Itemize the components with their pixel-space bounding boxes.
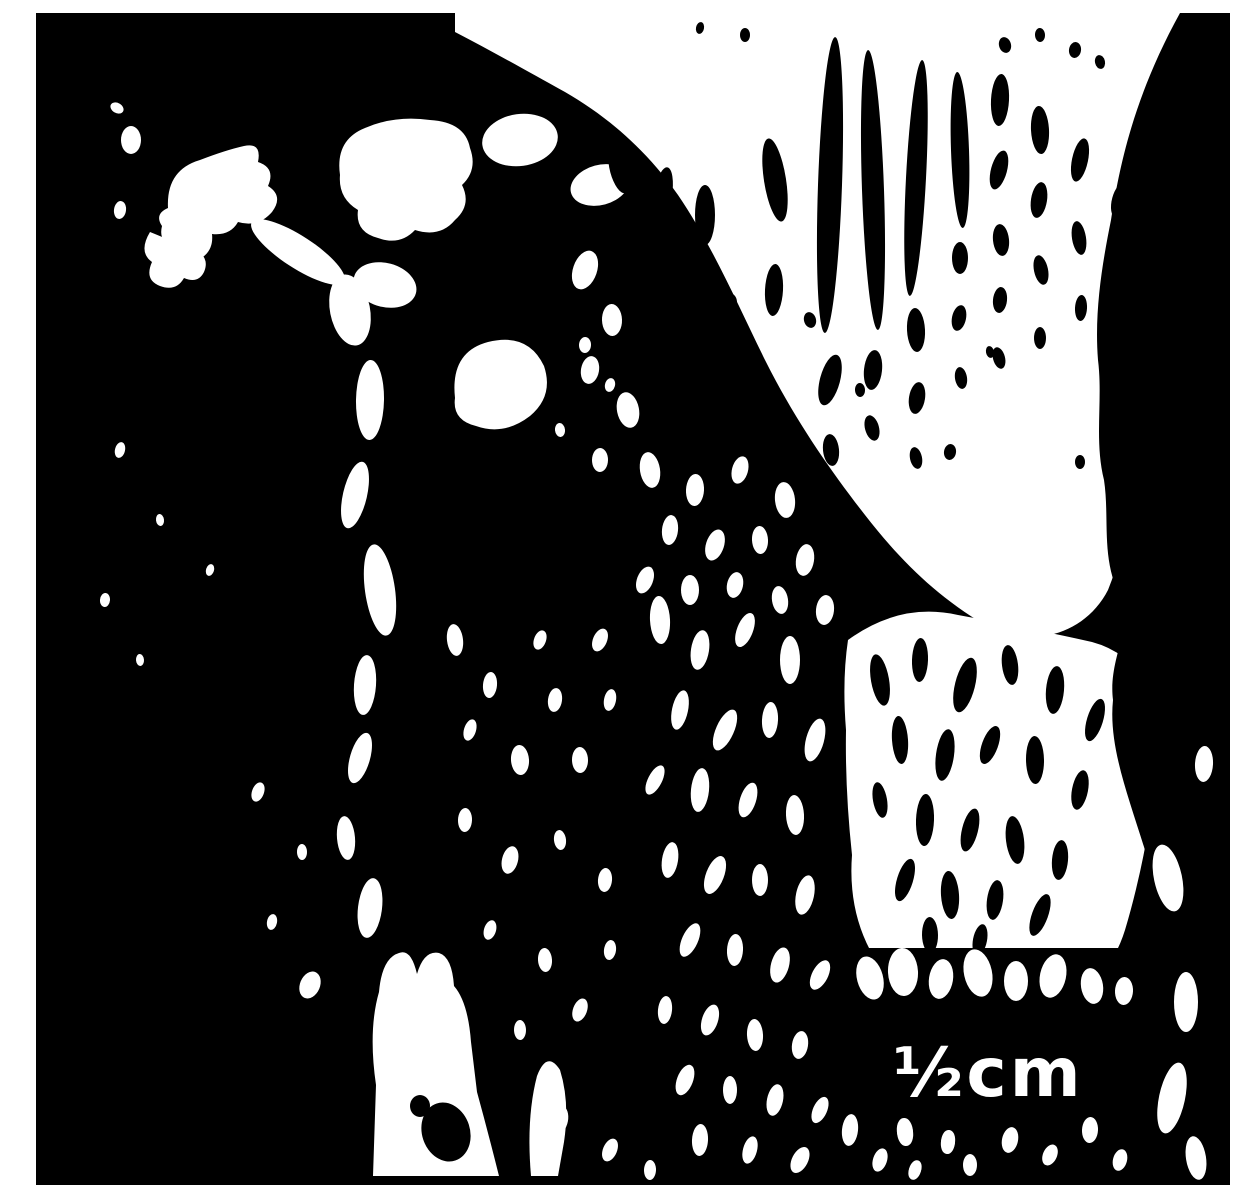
texture-blob (681, 575, 699, 605)
texture-blob (723, 1076, 737, 1104)
big-upper-blob (339, 119, 472, 241)
texture-blob (752, 864, 768, 896)
texture-blob (952, 242, 968, 274)
texture-blob (963, 1154, 977, 1176)
texture-blob (1004, 961, 1028, 1001)
halftone-photo-figure: ½cm (0, 0, 1240, 1204)
tower-hole (410, 1095, 430, 1117)
topleft-speck (121, 126, 141, 154)
texture-blob (1034, 327, 1046, 349)
texture-blob (740, 28, 750, 42)
texture-blob (1174, 972, 1198, 1032)
texture-blob (695, 185, 715, 245)
texture-blob (780, 636, 800, 684)
texture-blob (1075, 455, 1085, 469)
lower-right-bright-patch (844, 612, 1156, 1003)
scale-bar-label: ½cm (893, 1034, 1084, 1113)
micrograph-image: ½cm (0, 0, 1240, 1204)
